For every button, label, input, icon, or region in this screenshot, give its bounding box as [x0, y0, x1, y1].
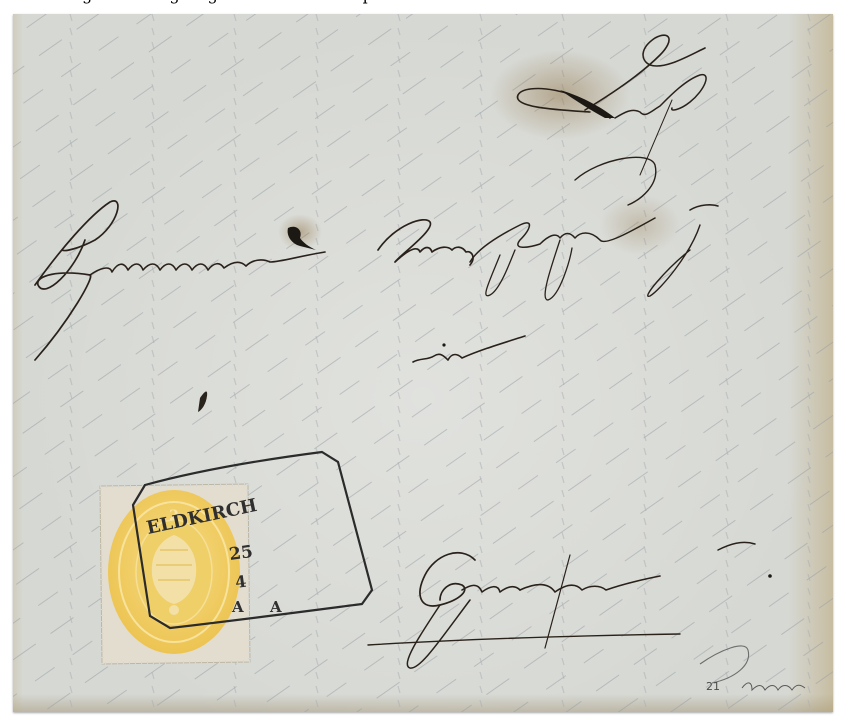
ink-stain [600, 195, 680, 255]
postmark-time-suffix: A [269, 598, 282, 616]
cover-artwork: Löbl. Gemeinde Vorstehung in Gaissau. [0, 0, 850, 728]
postmark-time: A [231, 598, 244, 616]
annotation-number: 21 [706, 680, 720, 693]
svg-text:Austria double-headed eagle em: Austria double-headed eagle embossed sta… [0, 0, 373, 4]
postmark-day: 25 [228, 542, 254, 565]
